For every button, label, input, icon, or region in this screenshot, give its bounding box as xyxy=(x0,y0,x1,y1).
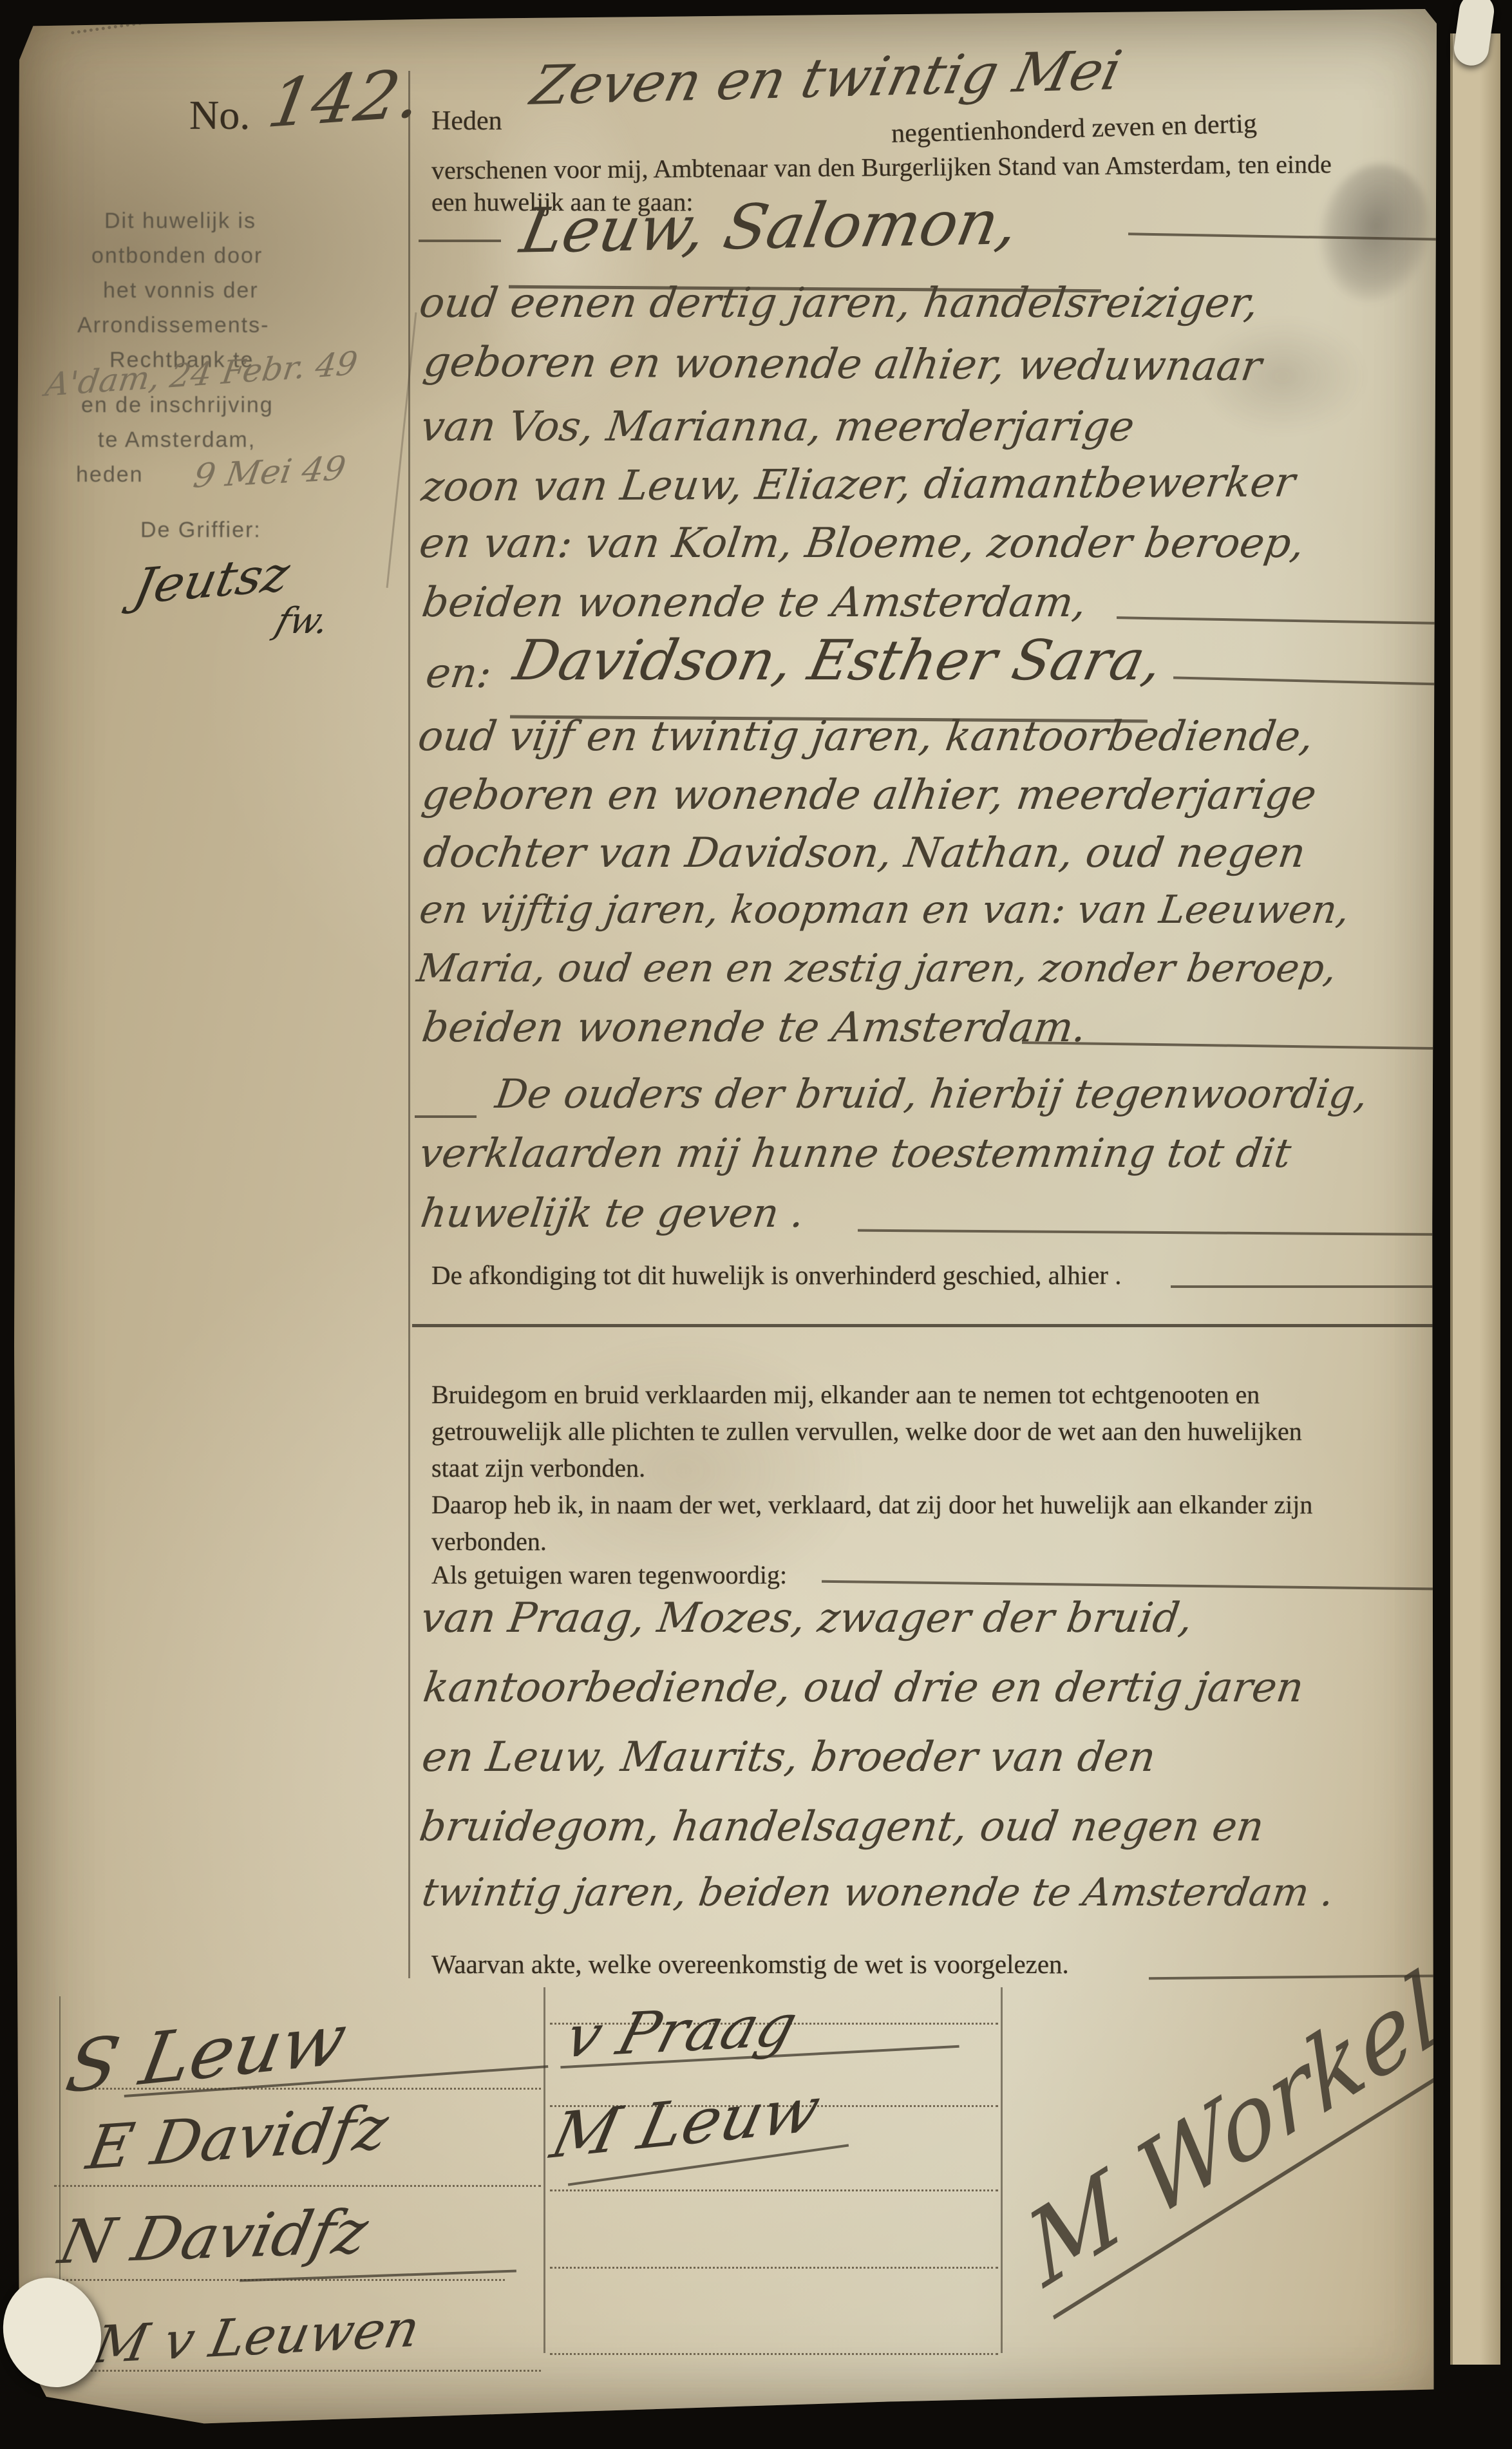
handwritten-line: twintig jaren, beiden wonende te Amsterd… xyxy=(419,1870,1337,1915)
handwritten-line: en vijftig jaren, koopman en van: van Le… xyxy=(417,887,1352,932)
archival-photo-of-marriage-record: No. 142. Dit huwelijk is ontbonden door … xyxy=(0,0,1512,2449)
bride-signature: E Davidfz xyxy=(82,2093,393,2184)
stamp-line: het vonnis der xyxy=(103,278,259,303)
handwritten-line: geboren en wonende alhier, meerderjarige xyxy=(419,771,1319,819)
record-number-value: 142. xyxy=(262,54,428,143)
pencil-stroke xyxy=(386,312,417,588)
closing-text: Waarvan akte, welke overeenkomstig de we… xyxy=(431,1949,1069,1980)
clerk-signature-flourish: fw. xyxy=(271,600,334,642)
handwritten-line: van Praag, Mozes, zwager der bruid, xyxy=(418,1594,1196,1642)
intro-year: negentienhonderd zeven en dertig xyxy=(891,108,1257,149)
handwritten-line: oud eenen dertig jaren, handelsreiziger, xyxy=(417,279,1262,327)
stamp-line: en de inschrijving xyxy=(81,393,274,418)
handwritten-line: Maria, oud een en zestig jaren, zonder b… xyxy=(414,946,1339,991)
record-number-label: No. xyxy=(189,91,250,139)
signature-dotted-line xyxy=(550,2189,998,2191)
handwritten-line: verklaarden mij hunne toestemming tot di… xyxy=(417,1130,1294,1177)
handwritten-line: beiden wonende te Amsterdam. xyxy=(419,1004,1090,1052)
vows-line: staat zijn verbonden. xyxy=(431,1453,645,1483)
margin-divider-line xyxy=(408,71,410,1978)
stamp-line: Arrondissements- xyxy=(77,313,269,338)
certificate-page: No. 142. Dit huwelijk is ontbonden door … xyxy=(14,9,1475,2438)
handwritten-line: beiden wonende te Amsterdam, xyxy=(419,579,1090,627)
stamp-line: heden xyxy=(76,462,144,487)
bride-father-signature: N Davidfz xyxy=(53,2197,373,2278)
section-rule xyxy=(412,1324,1476,1327)
stamp-line: Dit huwelijk is xyxy=(104,209,256,234)
signature-dotted-line xyxy=(550,2267,998,2269)
vows-line: verbonden. xyxy=(431,1526,547,1556)
groom-name: Leuw, Salomon, xyxy=(515,186,1025,267)
handwritten-line: en van: van Kolm, Bloeme, zonder beroep, xyxy=(417,520,1307,567)
vows-line: Daarop heb ik, in naam der wet, verklaar… xyxy=(431,1489,1312,1520)
handwritten-line: dochter van Davidson, Nathan, oud negen xyxy=(421,829,1309,877)
intro-line2: verschenen voor mij, Ambtenaar van den B… xyxy=(431,149,1332,185)
groom-signature: S Leuw xyxy=(60,1998,353,2109)
witness-signature-2: M Leuw xyxy=(545,2073,827,2173)
signature-box-line xyxy=(1001,1987,1003,2353)
witnesses-intro: Als getuigen waren tegenwoordig: xyxy=(431,1560,787,1590)
handwritten-line: en Leuw, Maurits, broeder van den xyxy=(419,1734,1158,1781)
intro-heden: Heden xyxy=(431,106,502,137)
pencil-scribble xyxy=(71,21,153,73)
signature-dotted-line xyxy=(54,2185,541,2187)
bride-prefix: en: xyxy=(423,650,495,697)
clerk-signature: Jeutsz xyxy=(129,545,295,615)
bride-name: Davidson, Esther Sara, xyxy=(508,629,1168,693)
stamp-handwritten-date: 9 Mei 49 xyxy=(191,449,348,496)
clerk-label: De Griffier: xyxy=(140,518,261,543)
signature-dotted-line xyxy=(550,2353,998,2355)
handwritten-line: zoon van Leuw, Eliazer, diamantbewerker xyxy=(419,459,1298,511)
bride-mother-signature: M v Leuwen xyxy=(89,2298,424,2375)
handwritten-line: kantoorbediende, oud drie en dertig jare… xyxy=(421,1664,1307,1712)
handwritten-line: bruidegom, handelsagent, oud negen en xyxy=(417,1803,1267,1851)
handwritten-line: oud vijf en twintig jaren, kantoorbedien… xyxy=(415,713,1317,761)
handwritten-line: huwelijk te geven . xyxy=(418,1189,808,1236)
vows-line: getrouwelijk alle plichten te zullen ver… xyxy=(431,1416,1302,1446)
handwritten-marriage-date: Zeven en twintig Mei xyxy=(525,39,1127,117)
book-next-page-edge xyxy=(1450,33,1500,2365)
handwritten-line: De ouders der bruid, hierbij tegenwoordi… xyxy=(493,1070,1371,1117)
vows-line: Bruidegom en bruid verklaarden mij, elka… xyxy=(431,1379,1260,1410)
handwritten-line: geboren en wonende alhier, weduwnaar xyxy=(421,339,1265,391)
handwritten-line: van Vos, Marianna, meerderjarige xyxy=(418,403,1137,451)
announcement-text: De afkondiging tot dit huwelijk is onver… xyxy=(431,1260,1121,1291)
stamp-line: ontbonden door xyxy=(91,243,263,269)
stamp-line: te Amsterdam, xyxy=(98,428,256,453)
